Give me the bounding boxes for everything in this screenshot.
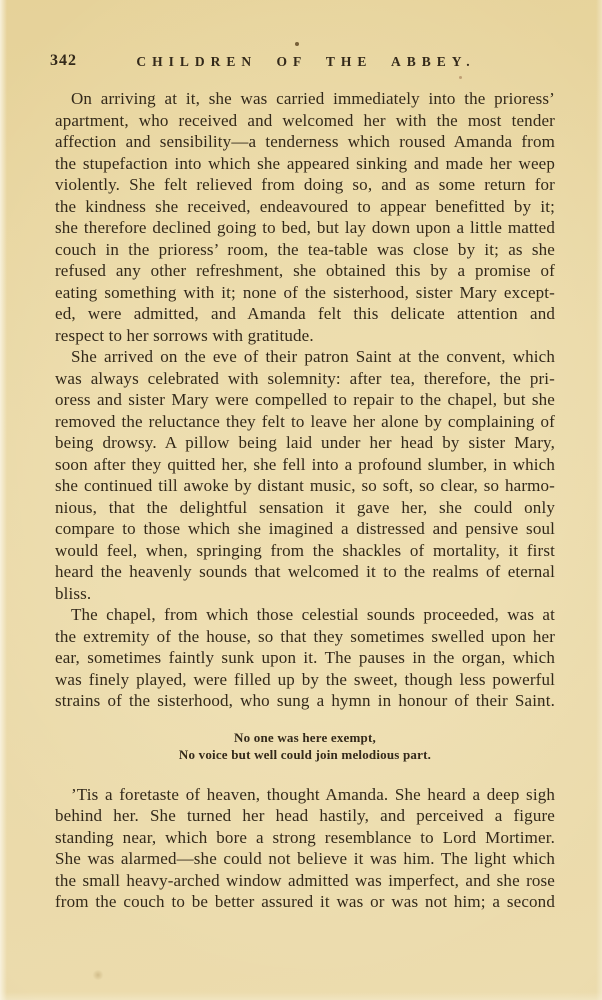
verse-line: No one was here exempt, (55, 729, 555, 746)
text-line: couch in the prioress’ room, the tea-tab… (55, 239, 555, 261)
verse-line: No voice but well could join melodious p… (55, 746, 555, 763)
text-line: strains of the sisterhood, who sung a hy… (55, 690, 555, 712)
text-line: respect to her sorrows with gratitude. (55, 325, 555, 347)
running-title: CHILDREN OF THE ABBEY. (0, 54, 602, 70)
text-line: heard the heavenly sounds that welcomed … (55, 561, 555, 583)
text-line: behind her. She turned her head hastily,… (55, 805, 555, 827)
text-line: would feel, when, springing from the sha… (55, 540, 555, 562)
paper-smudge (92, 970, 104, 980)
text-line: she therefore declined going to bed, but… (55, 217, 555, 239)
running-header: 342 CHILDREN OF THE ABBEY. (0, 52, 602, 74)
text-line: removed the reluctance they felt to leav… (55, 411, 555, 433)
book-page: 342 CHILDREN OF THE ABBEY. On arriving a… (0, 0, 602, 1000)
text-line: the extremity of the house, so that they… (55, 626, 555, 648)
text-line: nious, that the delightful sensation it … (55, 497, 555, 519)
text-line: being drowsy. A pillow being laid under … (55, 432, 555, 454)
text-line: apartment, who received and welcomed her… (55, 110, 555, 132)
text-line: ’Tis a foretaste of heaven, thought Aman… (55, 784, 555, 806)
text-line: ed, were admitted, and Amanda felt this … (55, 303, 555, 325)
text-line: violently. She felt relieved from doing … (55, 174, 555, 196)
text-line: from the couch to be better assured it w… (55, 891, 555, 913)
text-line: was finely played, were filled up by the… (55, 669, 555, 691)
text-line: ear, sometimes faintly sunk upon it. The… (55, 647, 555, 669)
text-line: The chapel, from which those celestial s… (55, 604, 555, 626)
text-line: She arrived on the eve of their patron S… (55, 346, 555, 368)
text-line: was always celebrated with solemnity: af… (55, 368, 555, 390)
text-line: compare to those which she imagined a di… (55, 518, 555, 540)
text-line: standing near, which bore a strong resem… (55, 827, 555, 849)
text-line: bliss. (55, 583, 555, 605)
text-line: she continued till awoke by distant musi… (55, 475, 555, 497)
text-line: eating something with it; none of the si… (55, 282, 555, 304)
text-line: the stupefaction into which she appeared… (55, 153, 555, 175)
text-line: soon after they quitted her, she fell in… (55, 454, 555, 476)
ink-speck (295, 42, 299, 46)
text-line: oress and sister Mary were compelled to … (55, 389, 555, 411)
verse-quote: No one was here exempt, No voice but wel… (55, 729, 555, 763)
paragraph: ’Tis a foretaste of heaven, thought Aman… (55, 784, 555, 913)
paragraph: The chapel, from which those celestial s… (55, 604, 555, 712)
text-line: She was alarmed—she could not believe it… (55, 848, 555, 870)
text-line: the small heavy-arched window admitted w… (55, 870, 555, 892)
paragraph: She arrived on the eve of their patron S… (55, 346, 555, 604)
text-line: the kindness she received, endeavoured t… (55, 196, 555, 218)
paragraph: On arriving at it, she was carried immed… (55, 88, 555, 346)
ink-speck (459, 76, 462, 79)
text-line: affection and sensibility—a tenderness w… (55, 131, 555, 153)
text-line: On arriving at it, she was carried immed… (55, 88, 555, 110)
page-body: On arriving at it, she was carried immed… (55, 88, 555, 913)
text-line: refused any other refreshment, she obtai… (55, 260, 555, 282)
